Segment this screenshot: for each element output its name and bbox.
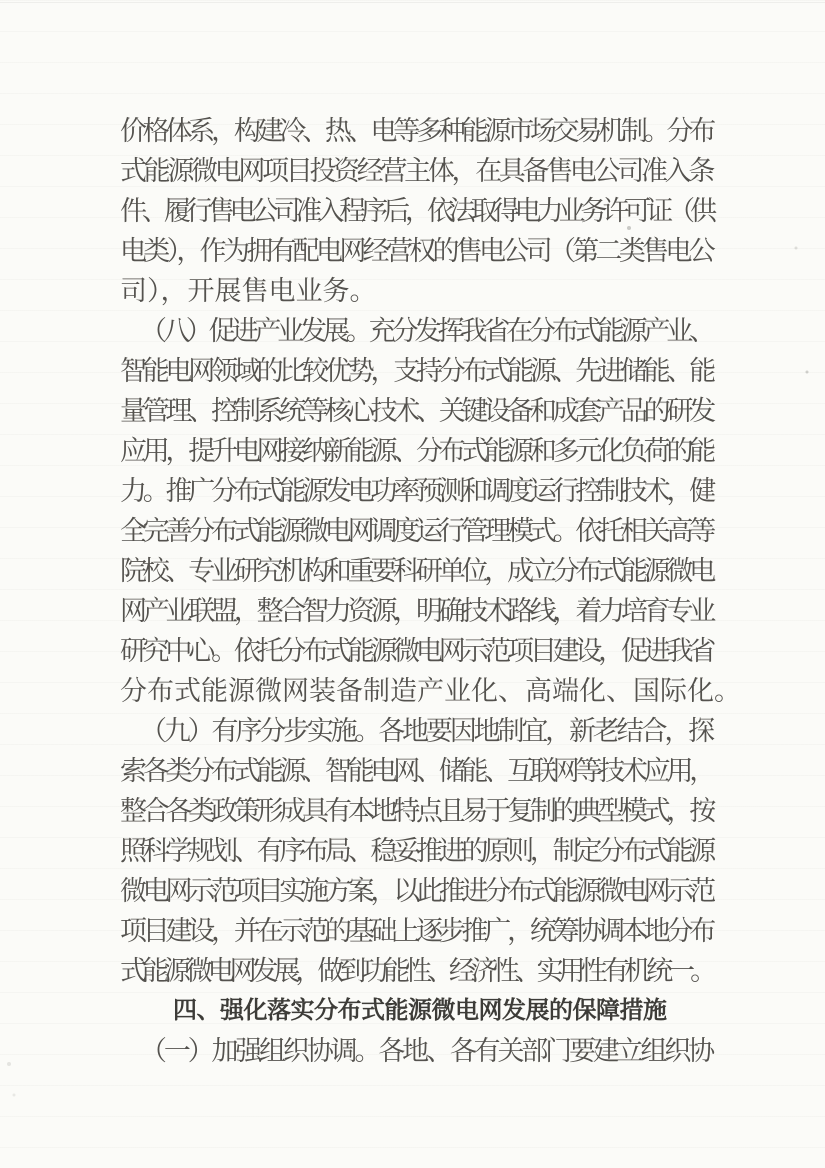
line-text: （一）加强组织协调。各地、各有关部门要建立组织协 [140, 1036, 712, 1066]
text-line: 分布式能源微网装备制造产业化、高端化、国际化。 [120, 671, 712, 711]
text-line: 式能源微电网项目投资经营主体，在具备售电公司准入条 [120, 151, 712, 191]
text-line: 应用，提升电网接纳新能源、分布式能源和多元化负荷的能 [120, 431, 712, 471]
line-text: 司），开展售电业务。 [120, 276, 377, 306]
line-text: 电类），作为拥有配电网经营权的售电公司（第二类售电公 [120, 236, 712, 266]
text-line: （一）加强组织协调。各地、各有关部门要建立组织协 [120, 1031, 712, 1071]
text-line: （八）促进产业发展。充分发挥我省在分布式能源产业、 [120, 311, 712, 351]
text-line: 网产业联盟，整合智力资源，明确技术路线，着力培育专业 [120, 591, 712, 631]
line-text: 研究中心。依托分布式能源微电网示范项目建设，促进我省 [120, 636, 712, 666]
line-text: 件、履行售电公司准入程序后，依法取得电力业务许可证（供 [120, 196, 712, 226]
text-line: 微电网示范项目实施方案，以此推进分布式能源微电网示范 [120, 871, 712, 911]
line-text: 式能源微电网发展，做到功能性、经济性、实用性有机统一。 [120, 956, 712, 986]
line-text: 项目建设，并在示范的基础上逐步推广，统筹协调本地分布 [120, 916, 712, 946]
text-line: 式能源微电网发展，做到功能性、经济性、实用性有机统一。 [120, 951, 712, 991]
text-line: （九）有序分步实施。各地要因地制宜，新老结合，探 [120, 711, 712, 751]
text-line: 照科学规划、有序布局、稳妥推进的原则，制定分布式能源 [120, 831, 712, 871]
text-line: 院校、专业研究机构和重要科研单位，成立分布式能源微电 [120, 551, 712, 591]
line-text: 院校、专业研究机构和重要科研单位，成立分布式能源微电 [120, 556, 712, 586]
text-column: 价格体系，构建冷、热、电等多种能源市场交易机制。分布 式能源微电网项目投资经营主… [120, 111, 712, 1071]
line-text: 力。推广分布式能源发电功率预测和调度运行控制技术，健 [120, 476, 712, 506]
text-line: 力。推广分布式能源发电功率预测和调度运行控制技术，健 [120, 471, 712, 511]
text-line: 量管理、控制系统等核心技术、关键设备和成套产品的研发 [120, 391, 712, 431]
section-heading: 四、强化落实分布式能源微电网发展的保障措施 [120, 991, 712, 1031]
line-text: （九）有序分步实施。各地要因地制宜，新老结合，探 [140, 716, 712, 746]
scan-specks [0, 0, 2, 2]
text-line: 价格体系，构建冷、热、电等多种能源市场交易机制。分布 [120, 111, 712, 151]
text-line: 项目建设，并在示范的基础上逐步推广，统筹协调本地分布 [120, 911, 712, 951]
text-line: 电类），作为拥有配电网经营权的售电公司（第二类售电公 [120, 231, 712, 271]
line-text: 智能电网领域的比较优势，支持分布式能源、先进储能、能 [120, 356, 712, 386]
line-text: 网产业联盟，整合智力资源，明确技术路线，着力培育专业 [120, 596, 712, 626]
text-line: 索各类分布式能源、智能电网、储能、互联网等技术应用， [120, 751, 712, 791]
text-line: 智能电网领域的比较优势，支持分布式能源、先进储能、能 [120, 351, 712, 391]
line-text: 照科学规划、有序布局、稳妥推进的原则，制定分布式能源 [120, 836, 712, 866]
line-text: 整合各类政策形成具有本地特点且易于复制的典型模式，按 [120, 796, 712, 826]
text-line: 全完善分布式能源微电网调度运行管理模式。依托相关高等 [120, 511, 712, 551]
line-text: 量管理、控制系统等核心技术、关键设备和成套产品的研发 [120, 396, 712, 426]
line-text: 价格体系，构建冷、热、电等多种能源市场交易机制。分布 [120, 116, 712, 146]
text-line: 研究中心。依托分布式能源微电网示范项目建设，促进我省 [120, 631, 712, 671]
text-line: 整合各类政策形成具有本地特点且易于复制的典型模式，按 [120, 791, 712, 831]
heading-text: 四、强化落实分布式能源微电网发展的保障措施 [173, 997, 667, 1024]
document-page: 价格体系，构建冷、热、电等多种能源市场交易机制。分布 式能源微电网项目投资经营主… [0, 0, 825, 1168]
text-line: 司），开展售电业务。 [120, 271, 712, 311]
line-text: 索各类分布式能源、智能电网、储能、互联网等技术应用， [120, 756, 712, 786]
text-line: 件、履行售电公司准入程序后，依法取得电力业务许可证（供 [120, 191, 712, 231]
line-text: 全完善分布式能源微电网调度运行管理模式。依托相关高等 [120, 516, 712, 546]
line-text: （八）促进产业发展。充分发挥我省在分布式能源产业、 [140, 316, 712, 346]
line-text: 式能源微电网项目投资经营主体，在具备售电公司准入条 [120, 156, 712, 186]
line-text: 微电网示范项目实施方案，以此推进分布式能源微电网示范 [120, 876, 712, 906]
line-text: 应用，提升电网接纳新能源、分布式能源和多元化负荷的能 [120, 436, 712, 466]
line-text: 分布式能源微网装备制造产业化、高端化、国际化。 [120, 676, 741, 706]
